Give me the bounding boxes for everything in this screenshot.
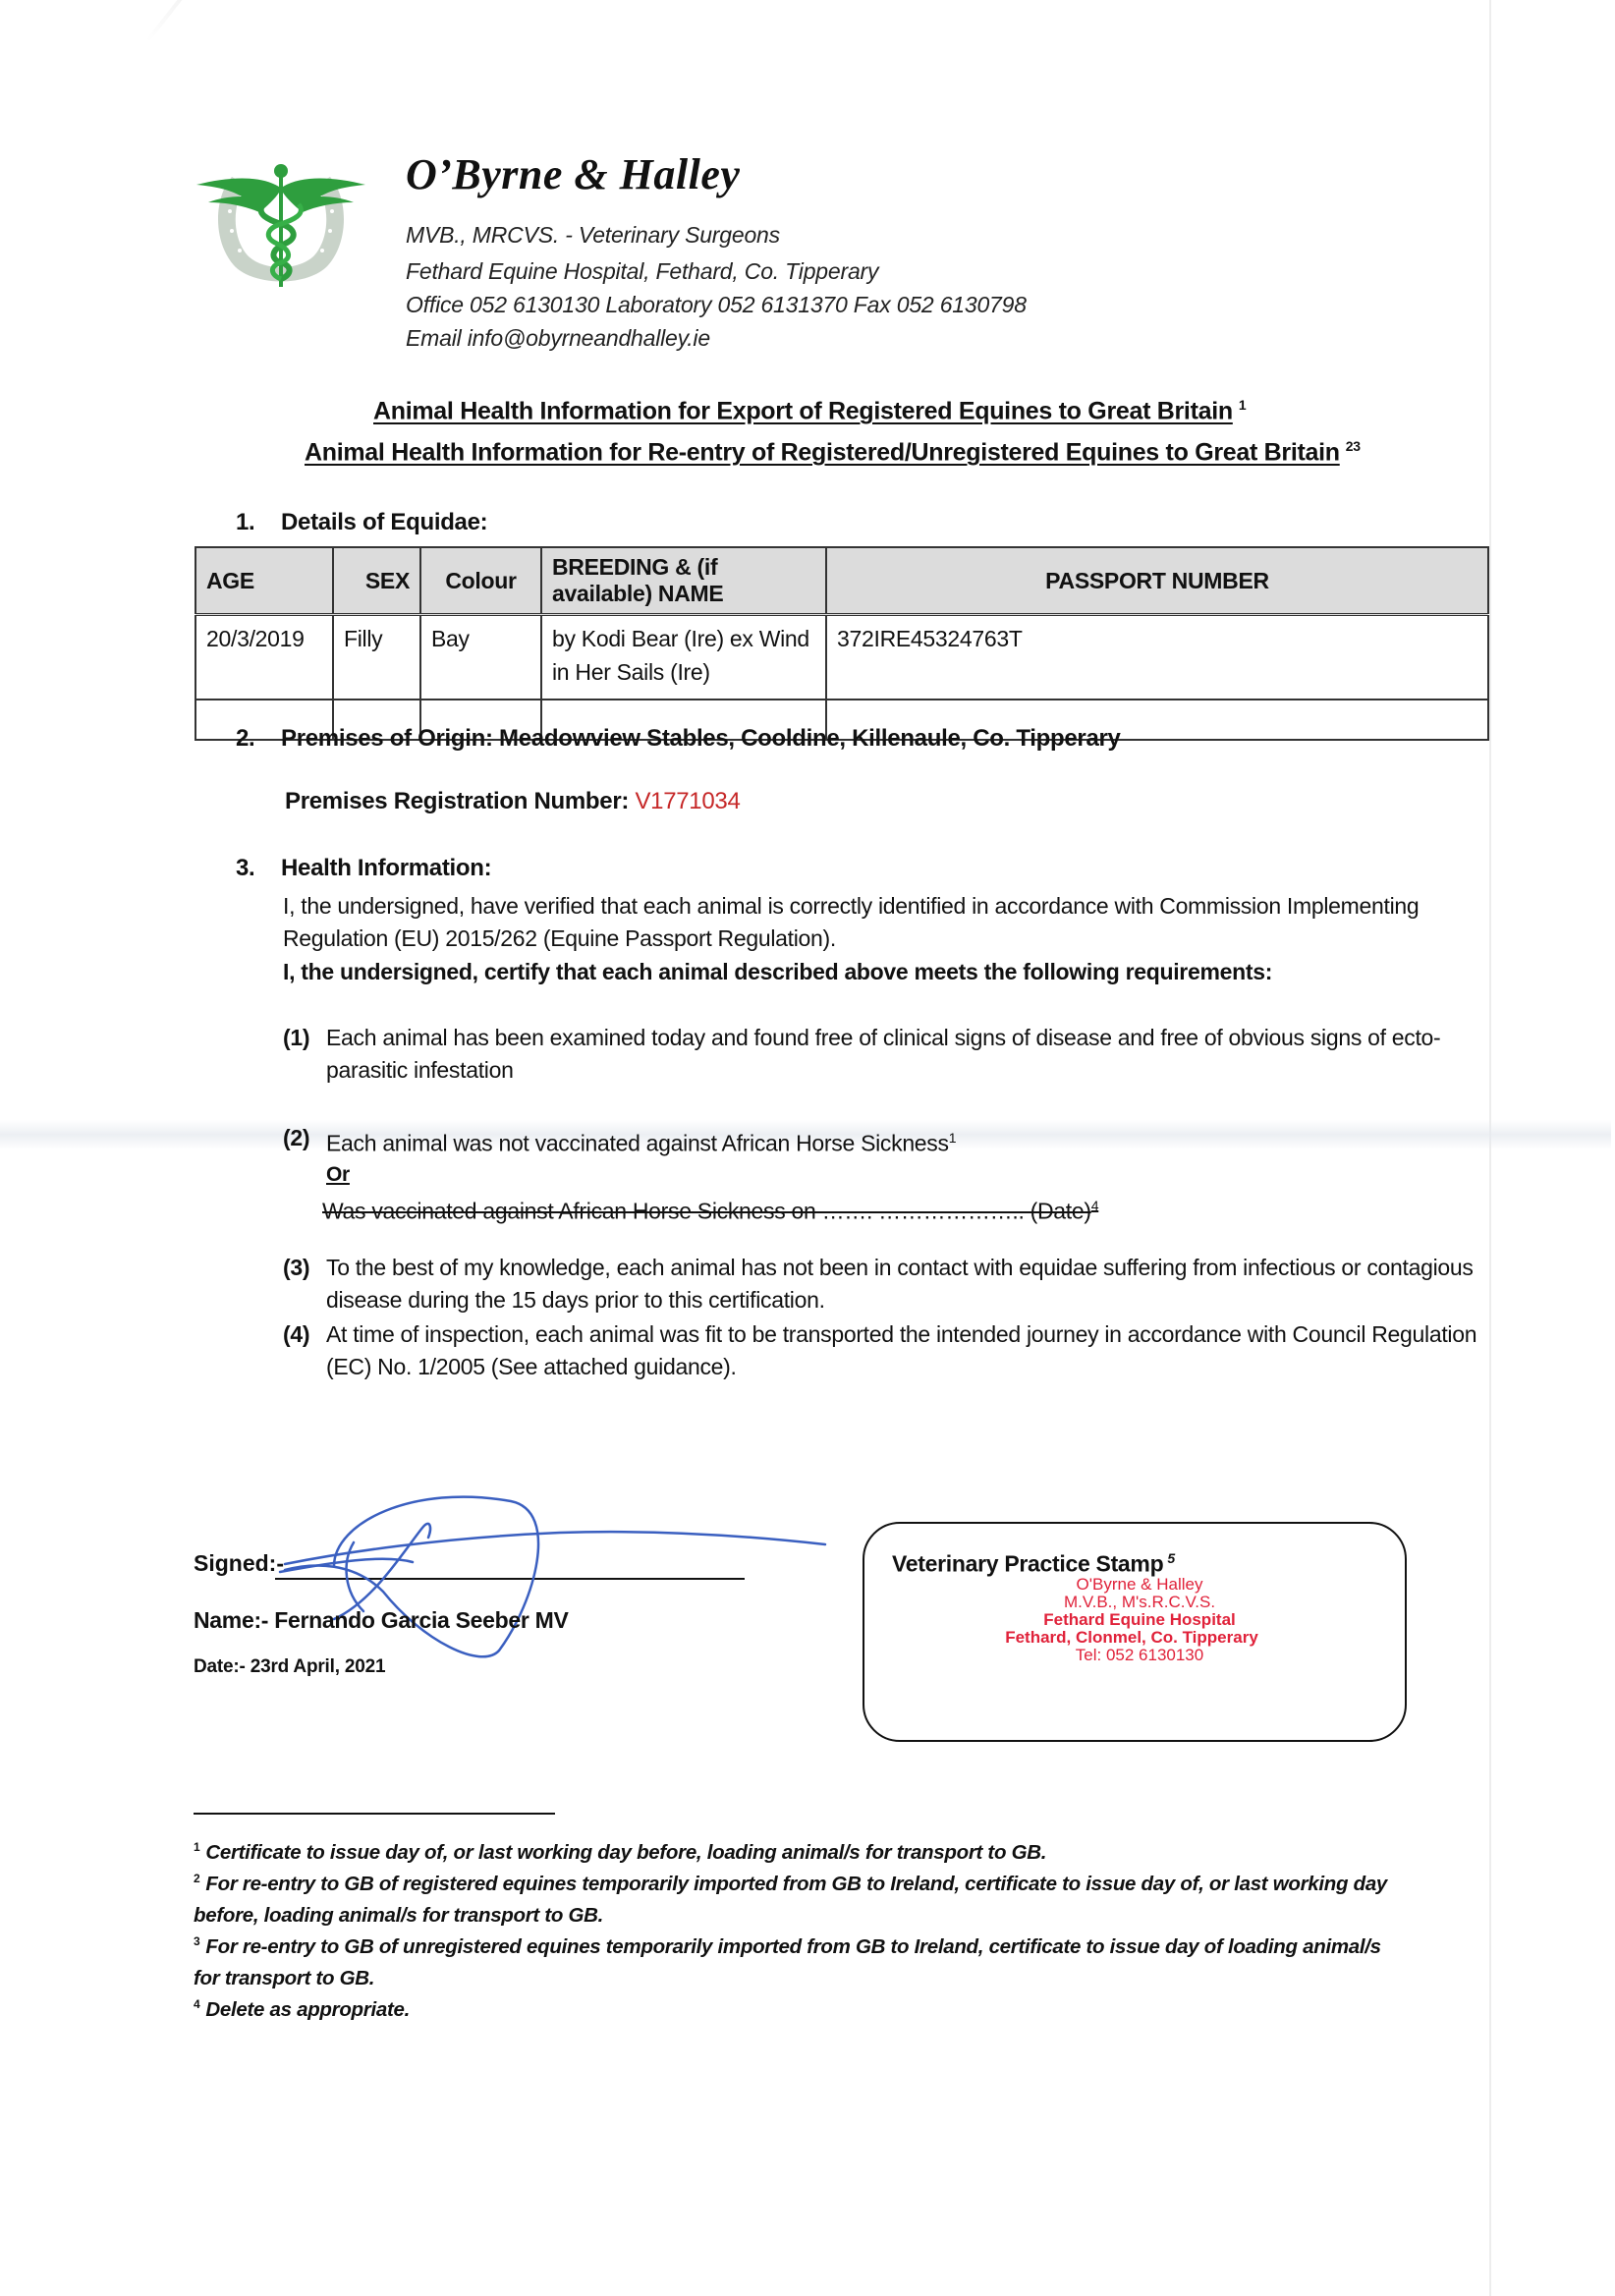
scan-crease bbox=[145, 0, 233, 42]
caduceus-horseshoe-icon bbox=[195, 157, 367, 290]
footnote-ref: 23 bbox=[1346, 438, 1361, 454]
practice-stamp: O'Byrne & Halley M.V.B., M's.R.C.V.S. Fe… bbox=[992, 1576, 1287, 1664]
footnote-4: 4Delete as appropriate. bbox=[194, 1988, 1412, 2026]
requirement-2: (2) Each animal was not vaccinated again… bbox=[283, 1122, 1501, 1227]
cell-breeding-name: by Kodi Bear (Ire) ex Wind in Her Sails … bbox=[541, 615, 826, 700]
certification-statement: I, the undersigned, certify that each an… bbox=[283, 956, 1481, 988]
section-3-heading: 3.Health Information: bbox=[236, 855, 491, 882]
requirement-1: (1) Each animal has been examined today … bbox=[283, 1022, 1501, 1087]
table-row: 20/3/2019 Filly Bay by Kodi Bear (Ire) e… bbox=[195, 615, 1488, 700]
footnote-ref: 1 bbox=[949, 1130, 957, 1146]
footnote-ref: 1 bbox=[1239, 397, 1247, 413]
column-header-passport-number: PASSPORT NUMBER bbox=[826, 547, 1488, 615]
or-label: Or bbox=[326, 1160, 1501, 1190]
column-header-colour: Colour bbox=[420, 547, 541, 615]
stamp-label: Veterinary Practice Stamp5 bbox=[892, 1550, 1175, 1578]
cell-age: 20/3/2019 bbox=[195, 615, 333, 700]
identification-statement: I, the undersigned, have verified that e… bbox=[283, 890, 1481, 955]
signature-date: Date:- 23rd April, 2021 bbox=[194, 1656, 385, 1678]
requirement-3: (3) To the best of my knowledge, each an… bbox=[283, 1252, 1501, 1316]
column-header-age: AGE bbox=[195, 547, 333, 615]
registration-number: V1771034 bbox=[635, 788, 740, 814]
document-title-reentry: Animal Health Information for Re-entry o… bbox=[305, 438, 1361, 467]
footnote-separator bbox=[194, 1813, 555, 1815]
email: Email info@obyrneandhalley.ie bbox=[406, 325, 710, 352]
footnote-2: 2For re-entry to GB of registered equine… bbox=[194, 1863, 1412, 1932]
address: Fethard Equine Hospital, Fethard, Co. Ti… bbox=[406, 258, 878, 285]
company-name: O’Byrne & Halley bbox=[406, 149, 740, 199]
qualifications: MVB., MRCVS. - Veterinary Surgeons bbox=[406, 222, 780, 249]
phone-numbers: Office 052 6130130 Laboratory 052 613137… bbox=[406, 292, 1027, 318]
footnote-3: 3For re-entry to GB of unregistered equi… bbox=[194, 1926, 1412, 1994]
footnote-ref: 5 bbox=[1167, 1550, 1175, 1566]
footnote-ref: 4 bbox=[1091, 1198, 1099, 1213]
cell-colour: Bay bbox=[420, 615, 541, 700]
premises-registration: Premises Registration Number: V1771034 bbox=[285, 788, 741, 815]
section-2-premises-of-origin: 2.Premises of Origin: Meadowview Stables… bbox=[236, 725, 1121, 753]
section-1-heading: 1.Details of Equidae: bbox=[236, 509, 487, 536]
table-header-row: AGE SEX Colour BREEDING & (if available)… bbox=[195, 547, 1488, 615]
signatory-name: Name:- Fernando Garcia Seeber MV bbox=[194, 1607, 569, 1634]
struck-vaccination-option: Was vaccinated against African Horse Sic… bbox=[322, 1190, 1501, 1228]
equidae-table: AGE SEX Colour BREEDING & (if available)… bbox=[195, 546, 1489, 741]
handwritten-signature bbox=[187, 1484, 874, 1660]
column-header-breeding-name: BREEDING & (if available) NAME bbox=[541, 547, 826, 615]
document-title-export: Animal Health Information for Export of … bbox=[373, 397, 1246, 425]
cell-sex: Filly bbox=[333, 615, 420, 700]
cell-passport-number: 372IRE45324763T bbox=[826, 615, 1488, 700]
requirement-4: (4) At time of inspection, each animal w… bbox=[283, 1318, 1501, 1383]
column-header-sex: SEX bbox=[333, 547, 420, 615]
